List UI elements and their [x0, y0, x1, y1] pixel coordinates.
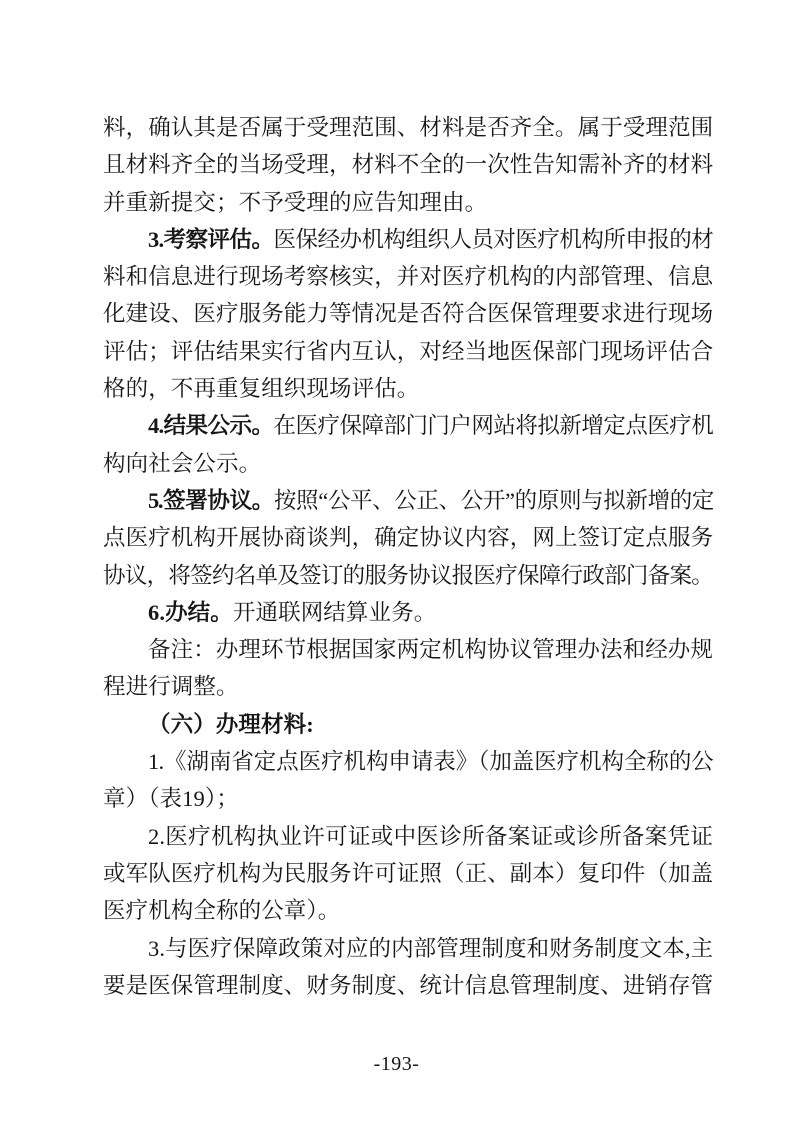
line-text: 医保经办机构组织人员对医疗机构所申报的材 [274, 227, 713, 252]
line-text: 医疗机构全称的公章）。 [103, 898, 340, 923]
line-text: 格的，不再重复组织现场评估。 [103, 376, 419, 401]
text-line: （六）办理材料: [103, 706, 713, 743]
text-line: 构向社会公示。 [103, 445, 713, 482]
text-line: 化建设、医疗服务能力等情况是否符合医保管理要求进行现场 [103, 295, 713, 332]
text-line: 章）（表19）； [103, 780, 713, 817]
line-text: 并重新提交；不予受理的应告知理由。 [103, 190, 487, 215]
line-text: 章）（表19）； [103, 786, 239, 811]
line-text: 且材料齐全的当场受理，材料不全的一次性告知需补齐的材料 [103, 152, 713, 177]
text-line: 且材料齐全的当场受理，材料不全的一次性告知需补齐的材料 [103, 146, 713, 183]
line-text: 程进行调整。 [103, 674, 239, 699]
line-text: 评估；评估结果实行省内互认，对经当地医保部门现场评估合 [103, 339, 713, 364]
text-line: 料和信息进行现场考察核实，并对医疗机构的内部管理、信息 [103, 258, 713, 295]
line-text: 点医疗机构开展协商谈判，确定协议内容，网上签订定点服务 [103, 525, 713, 550]
text-line: 程进行调整。 [103, 668, 713, 705]
text-line: 5.签署协议。按照“公平、公正、公开”的原则与拟新增的定 [103, 482, 713, 519]
line-text: 备注：办理环节根据国家两定机构协议管理办法和经办规 [148, 637, 713, 662]
line-text: 3.与医疗保障政策对应的内部管理制度和财务制度文本,主 [148, 936, 713, 961]
text-line: 并重新提交；不予受理的应告知理由。 [103, 184, 713, 221]
paragraph-lead: 6.办结。 [148, 600, 233, 625]
line-text: 开通联网结算业务。 [233, 600, 436, 625]
line-text: 或军队医疗机构为民服务许可证照（正、副本）复印件（加盖 [103, 861, 713, 886]
paragraph-lead: 3.考察评估。 [148, 227, 274, 252]
line-text: 料，确认其是否属于受理范围、材料是否齐全。属于受理范围 [103, 115, 713, 140]
text-line: 或军队医疗机构为民服务许可证照（正、副本）复印件（加盖 [103, 855, 713, 892]
page-number: -193- [0, 1051, 793, 1077]
line-text: 要是医保管理制度、财务制度、统计信息管理制度、进销存管 [103, 973, 713, 998]
paragraph-lead: （六）办理材料: [148, 712, 314, 737]
text-line: 4.结果公示。在医疗保障部门门户网站将拟新增定点医疗机 [103, 407, 713, 444]
document-body: 料，确认其是否属于受理范围、材料是否齐全。属于受理范围 且材料齐全的当场受理，材… [103, 109, 713, 1004]
line-text: 在医疗保障部门门户网站将拟新增定点医疗机 [274, 413, 713, 438]
text-line: 格的，不再重复组织现场评估。 [103, 370, 713, 407]
text-line: 3.与医疗保障政策对应的内部管理制度和财务制度文本,主 [103, 930, 713, 967]
line-text: 化建设、医疗服务能力等情况是否符合医保管理要求进行现场 [103, 301, 713, 326]
text-line: 1.《湖南省定点医疗机构申请表》（加盖医疗机构全称的公 [103, 743, 713, 780]
document-page: 料，确认其是否属于受理范围、材料是否齐全。属于受理范围 且材料齐全的当场受理，材… [0, 0, 793, 1122]
text-line: 3.考察评估。医保经办机构组织人员对医疗机构所申报的材 [103, 221, 713, 258]
text-line: 2.医疗机构执业许可证或中医诊所备案证或诊所备案凭证 [103, 818, 713, 855]
line-text: 构向社会公示。 [103, 451, 261, 476]
text-line: 评估；评估结果实行省内互认，对经当地医保部门现场评估合 [103, 333, 713, 370]
text-line: 备注：办理环节根据国家两定机构协议管理办法和经办规 [103, 631, 713, 668]
text-line: 要是医保管理制度、财务制度、统计信息管理制度、进销存管 [103, 967, 713, 1004]
line-text: 料和信息进行现场考察核实，并对医疗机构的内部管理、信息 [103, 264, 713, 289]
text-line: 协议，将签约名单及签订的服务协议报医疗保障行政部门备案。 [103, 557, 713, 594]
line-text: 1.《湖南省定点医疗机构申请表》（加盖医疗机构全称的公 [148, 749, 713, 774]
line-text: 按照“公平、公正、公开”的原则与拟新增的定 [274, 488, 713, 513]
paragraph-lead: 4.结果公示。 [148, 413, 274, 438]
text-line: 料，确认其是否属于受理范围、材料是否齐全。属于受理范围 [103, 109, 713, 146]
line-text: 2.医疗机构执业许可证或中医诊所备案证或诊所备案凭证 [148, 824, 713, 849]
text-line: 6.办结。开通联网结算业务。 [103, 594, 713, 631]
text-line: 点医疗机构开展协商谈判，确定协议内容，网上签订定点服务 [103, 519, 713, 556]
paragraph-lead: 5.签署协议。 [148, 488, 274, 513]
line-text: 协议，将签约名单及签订的服务协议报医疗保障行政部门备案。 [103, 563, 713, 588]
text-line: 医疗机构全称的公章）。 [103, 892, 713, 929]
